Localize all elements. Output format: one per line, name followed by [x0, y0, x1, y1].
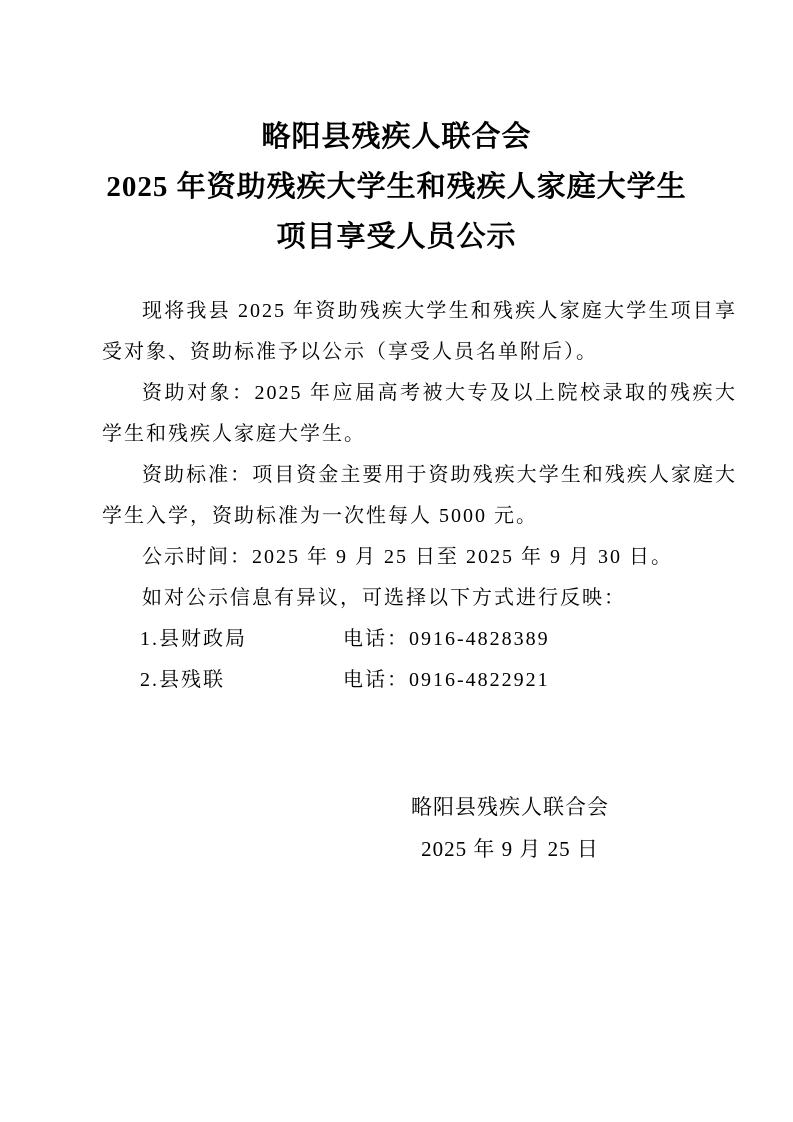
document-title-line-1: 略阳县残疾人联合会 [0, 112, 793, 162]
contact-phone: 电话：0916-4822921 [343, 669, 550, 691]
document-title: 略阳县残疾人联合会 2025 年资助残疾大学生和残疾人家庭大学生 项目享受人员公… [0, 0, 793, 262]
document-title-line-2: 2025 年资助残疾大学生和残疾人家庭大学生 [0, 162, 793, 212]
signature-block: 略阳县残疾人联合会 2025 年 9 月 25 日 [370, 786, 650, 870]
paragraph-funding-target: 资助对象：2025 年应届高考被大专及以上院校录取的残疾大学生和残疾人家庭大学生… [102, 373, 737, 455]
contact-name: 2.县残联 [140, 660, 343, 701]
paragraph-intro: 现将我县 2025 年资助残疾大学生和残疾人家庭大学生项目享受对象、资助标准予以… [102, 291, 737, 373]
paragraph-feedback-note: 如对公示信息有异议，可选择以下方式进行反映： [102, 578, 737, 619]
contact-row-disabled-federation: 2.县残联电话：0916-4822921 [102, 660, 737, 701]
contact-row-finance-bureau: 1.县财政局电话：0916-4828389 [102, 619, 737, 660]
signature-org: 略阳县残疾人联合会 [370, 786, 650, 828]
paragraph-publicity-period: 公示时间：2025 年 9 月 25 日至 2025 年 9 月 30 日。 [102, 537, 737, 578]
document-page: 略阳县残疾人联合会 2025 年资助残疾大学生和残疾人家庭大学生 项目享受人员公… [0, 0, 793, 1122]
document-title-line-3: 项目享受人员公示 [0, 212, 793, 262]
contact-phone: 电话：0916-4828389 [343, 628, 550, 650]
paragraph-funding-standard: 资助标准：项目资金主要用于资助残疾大学生和残疾人家庭大学生入学，资助标准为一次性… [102, 455, 737, 537]
document-body: 现将我县 2025 年资助残疾大学生和残疾人家庭大学生项目享受对象、资助标准予以… [102, 291, 737, 701]
signature-date: 2025 年 9 月 25 日 [370, 828, 650, 870]
contact-name: 1.县财政局 [140, 619, 343, 660]
